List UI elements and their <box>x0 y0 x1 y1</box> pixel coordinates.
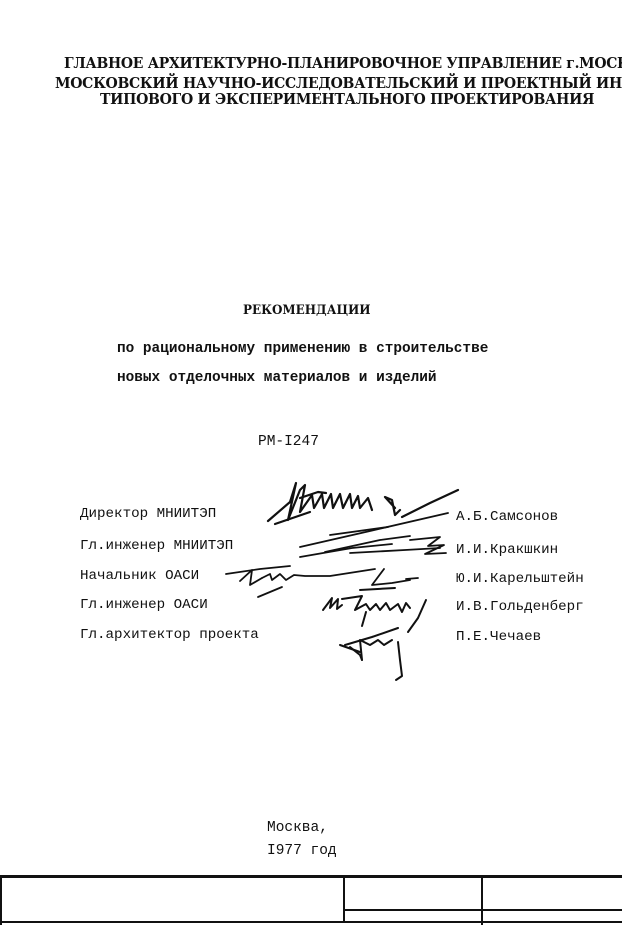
title-block-top-border <box>0 875 622 878</box>
header-line-institute: МОСКОВСКИЙ НАУЧНО-ИССЛЕДОВАТЕЛЬСКИЙ И ПР… <box>55 76 622 91</box>
title-block-inner-rule <box>345 909 622 911</box>
signatory-name: П.Е.Чечаев <box>456 630 541 644</box>
signatory-role: Гл.инженер МНИИТЭП <box>80 539 233 553</box>
signature-samsonov <box>268 483 458 524</box>
document-subtitle-line-1: по рациональному применению в строительс… <box>117 342 488 356</box>
signature-krakshkin <box>300 513 448 557</box>
signature-chechaev <box>340 612 402 680</box>
document-code: РМ-I247 <box>258 434 319 450</box>
title-block-bottom-border <box>0 921 622 923</box>
header-line-ministry: ГЛАВНОЕ АРХИТЕКТУРНО-ПЛАНИРОВОЧНОЕ УПРАВ… <box>64 56 622 71</box>
signatory-name: И.И.Кракшкин <box>456 543 558 557</box>
signatory-role: Гл.инженер ОАСИ <box>80 598 208 612</box>
signatory-role: Гл.архитектор проекта <box>80 628 259 642</box>
document-title: РЕКОМЕНДАЦИИ <box>243 303 371 318</box>
title-block-left-border <box>0 875 2 925</box>
handwritten-signatures <box>0 0 622 925</box>
publication-city: Москва, <box>267 820 328 836</box>
signatory-name: А.Б.Самсонов <box>456 510 558 524</box>
signatory-role: Директор МНИИТЭП <box>80 507 216 521</box>
signatory-role: Начальник ОАСИ <box>80 569 199 583</box>
document-subtitle-line-2: новых отделочных материалов и изделий <box>117 371 437 385</box>
signatory-name: И.В.Гольденберг <box>456 600 584 614</box>
title-block-divider-2 <box>481 877 483 925</box>
signature-karelshtein <box>226 566 418 597</box>
signatory-name: Ю.И.Карельштейн <box>456 572 584 586</box>
publication-year: I977 год <box>267 843 337 859</box>
title-block-divider-1 <box>343 878 345 923</box>
signature-goldenberg <box>323 588 426 632</box>
header-line-institute-cont: ТИПОВОГО И ЭКСПЕРИМЕНТАЛЬНОГО ПРОЕКТИРОВ… <box>100 92 594 107</box>
